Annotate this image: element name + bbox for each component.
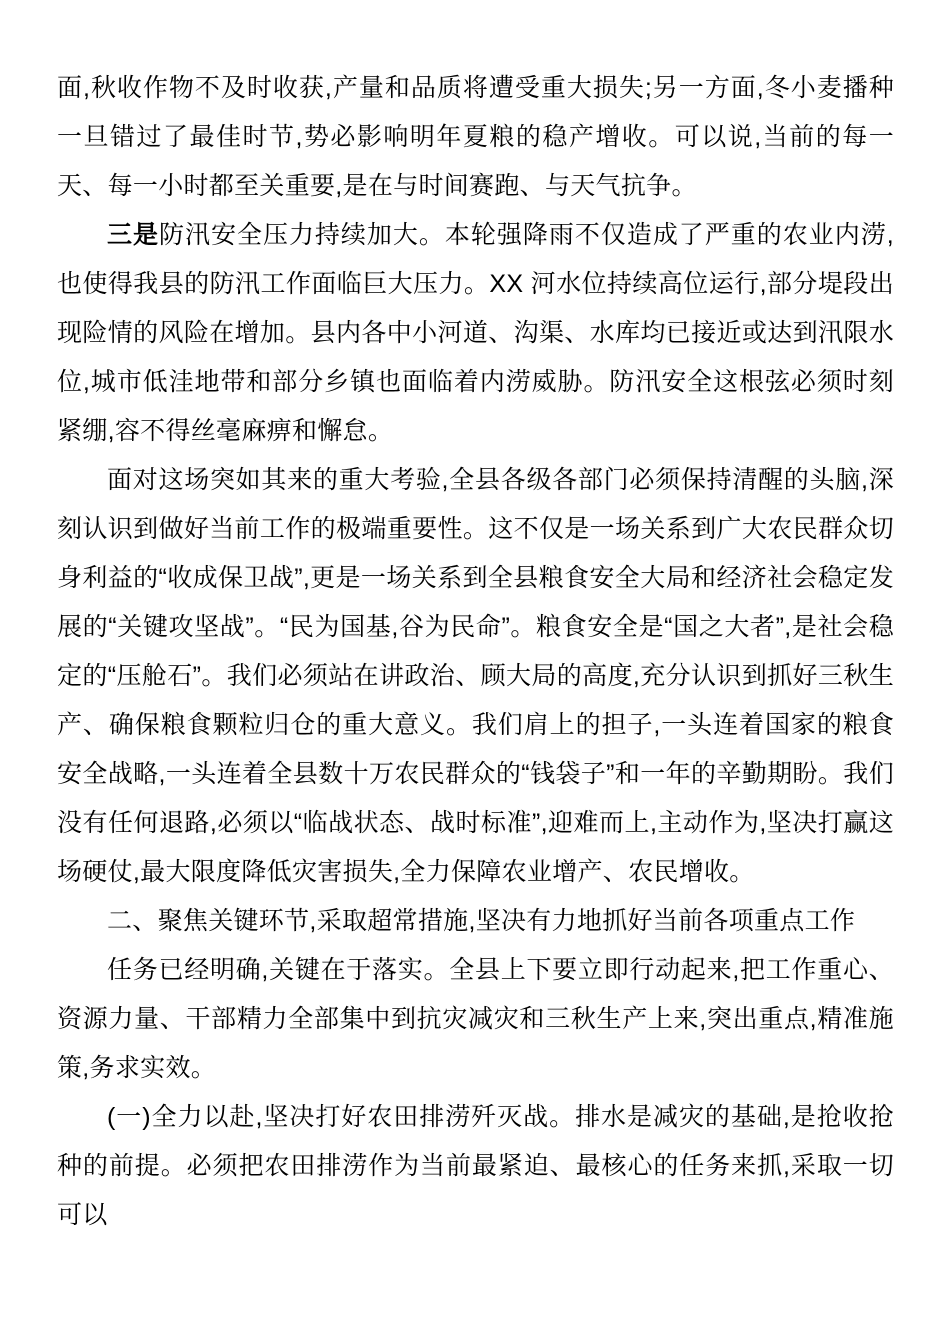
text-run: 三是 (107, 221, 159, 249)
para-face-test: 面对这场突如其来的重大考验,全县各级各部门必须保持清醒的头脑,深刻认识到做好当前… (57, 456, 894, 897)
para-heading-two: 二、聚焦关键环节,采取超常措施,坚决有力地抓好当前各项重点工作 (57, 897, 894, 946)
text-run: 任务已经明确,关键在于落实。全县上下要立即行动起来,把工作重心、资源力量、干部精… (57, 956, 894, 1082)
text-run: 防汛安全压力持续加大。本轮强降雨不仅造成了严重的农业内涝,也使得我县的防汛工作面… (57, 221, 894, 445)
para-task-clear: 任务已经明确,关键在于落实。全县上下要立即行动起来,把工作重心、资源力量、干部精… (57, 946, 894, 1093)
text-run: 面,秋收作物不及时收获,产量和品质将遭受重大损失;另一方面,冬小麦播种一旦错过了… (57, 74, 894, 200)
para-subheading-one: (一)全力以赴,坚决打好农田排涝歼灭战。排水是减灾的基础,是抢收抢种的前提。必须… (57, 1093, 894, 1240)
text-run: 面对这场突如其来的重大考验,全县各级各部门必须保持清醒的头脑,深刻认识到做好当前… (57, 466, 894, 886)
text-run: 二、聚焦关键环节,采取超常措施,坚决有力地抓好当前各项重点工作 (107, 907, 855, 935)
text-run: (一)全力以赴,坚决打好农田排涝歼灭战。排水是减灾的基础,是抢收抢种的前提。必须… (57, 1103, 894, 1229)
para-continuation-top: 面,秋收作物不及时收获,产量和品质将遭受重大损失;另一方面,冬小麦播种一旦错过了… (57, 64, 894, 211)
document-page: 面,秋收作物不及时收获,产量和品质将遭受重大损失;另一方面,冬小麦播种一旦错过了… (0, 0, 950, 1344)
para-point-three: 三是防汛安全压力持续加大。本轮强降雨不仅造成了严重的农业内涝,也使得我县的防汛工… (57, 211, 894, 456)
document-body: 面,秋收作物不及时收获,产量和品质将遭受重大损失;另一方面,冬小麦播种一旦错过了… (57, 64, 894, 1240)
